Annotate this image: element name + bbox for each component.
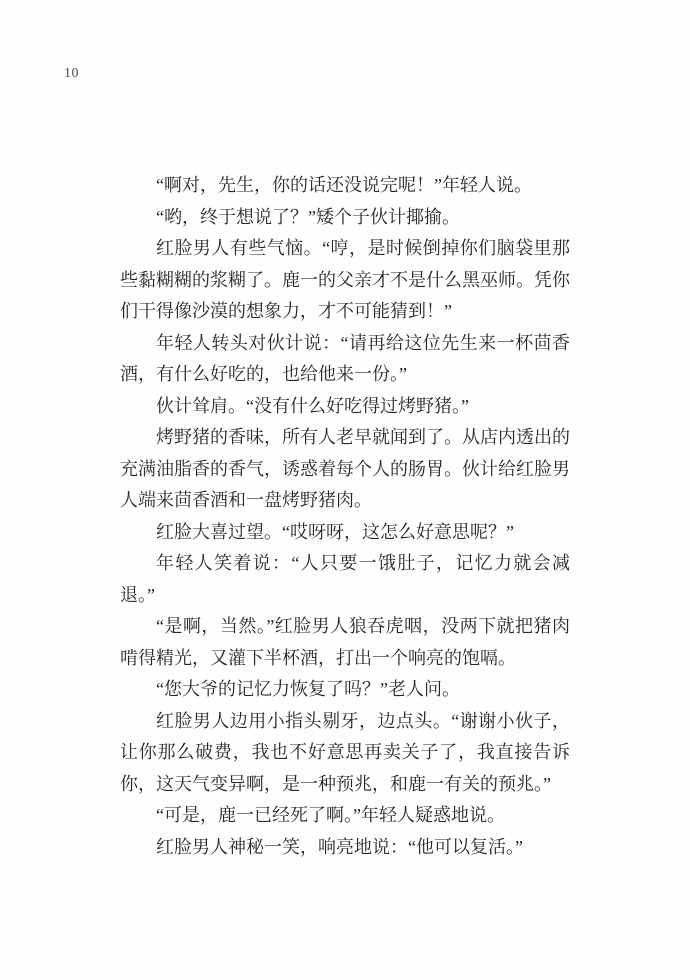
paragraph: “是啊，当然。”红脸男人狼吞虎咽，没两下就把猪肉啃得精光，又灌下半杯酒，打出一个…	[120, 611, 570, 674]
paragraph: 红脸大喜过望。“哎呀呀，这怎么好意思呢？”	[120, 517, 570, 549]
paragraph: 伙计耸肩。“没有什么好吃得过烤野猪。”	[120, 391, 570, 423]
paragraph: 红脸男人边用小指头剔牙，边点头。“谢谢小伙子，让你那么破费，我也不好意思再卖关子…	[120, 706, 570, 801]
paragraph: 年轻人笑着说：“人只要一饿肚子，记忆力就会减退。”	[120, 548, 570, 611]
paragraph: 红脸男人神秘一笑，响亮地说：“他可以复活。”	[120, 832, 570, 864]
paragraph: “您大爷的记忆力恢复了吗？”老人问。	[120, 674, 570, 706]
paragraph: 烤野猪的香味，所有人老早就闻到了。从店内透出的充满油脂香的香气，诱惑着每个人的肠…	[120, 422, 570, 517]
paragraph: 年轻人转头对伙计说：“请再给这位先生来一杯茴香酒，有什么好吃的，也给他来一份。”	[120, 328, 570, 391]
book-page: 10 “啊对，先生，你的话还没说完呢！”年轻人说。“哟，终于想说了？”矮个子伙计…	[0, 0, 690, 980]
paragraph: “可是，鹿一已经死了啊。”年轻人疑惑地说。	[120, 800, 570, 832]
paragraph: 红脸男人有些气恼。“哼，是时候倒掉你们脑袋里那些黏糊糊的浆糊了。鹿一的父亲才不是…	[120, 233, 570, 328]
body-text: “啊对，先生，你的话还没说完呢！”年轻人说。“哟，终于想说了？”矮个子伙计揶揄。…	[120, 170, 570, 863]
paragraph: “哟，终于想说了？”矮个子伙计揶揄。	[120, 202, 570, 234]
paragraph: “啊对，先生，你的话还没说完呢！”年轻人说。	[120, 170, 570, 202]
page-number: 10	[64, 66, 79, 82]
